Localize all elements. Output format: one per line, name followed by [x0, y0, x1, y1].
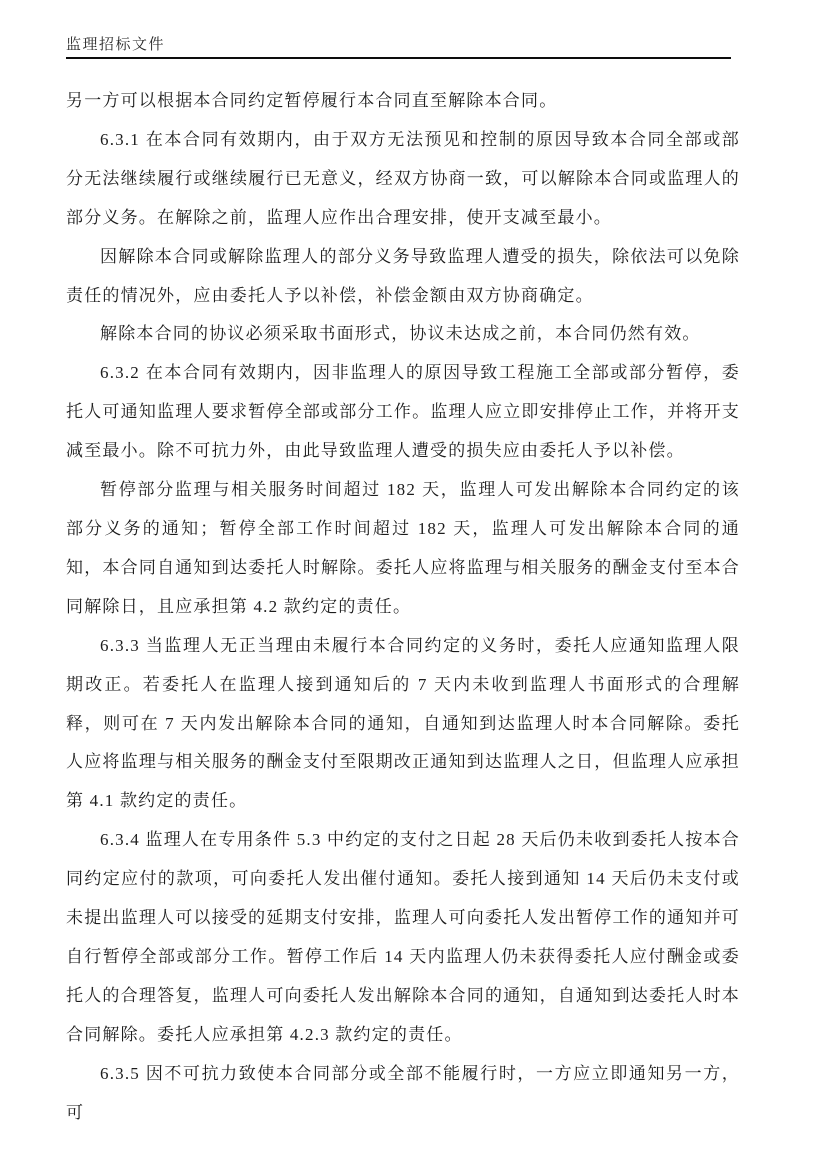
- paragraph-clause-6-3-1-compensation: 因解除本合同或解除监理人的部分义务导致监理人遭受的损失，除依法可以免除责任的情况…: [66, 238, 740, 316]
- paragraph-clause-6-3-2-182-days: 暂停部分监理与相关服务时间超过 182 天，监理人可发出解除本合同约定的该部分义…: [66, 471, 740, 627]
- paragraph-clause-6-3-1-written-form: 解除本合同的协议必须采取书面形式，协议未达成之前，本合同仍然有效。: [66, 315, 740, 354]
- paragraph-clause-6-3-2: 6.3.2 在本合同有效期内，因非监理人的原因导致工程施工全部或部分暂停，委托人…: [66, 354, 740, 471]
- paragraph-clause-6-3-4: 6.3.4 监理人在专用条件 5.3 中约定的支付之日起 28 天后仍未收到委托…: [66, 821, 740, 1054]
- paragraph-continuation: 另一方可以根据本合同约定暂停履行本合同直至解除本合同。: [66, 82, 740, 121]
- header-rule: [66, 57, 731, 59]
- paragraph-clause-6-3-5: 6.3.5 因不可抗力致使本合同部分或全部不能履行时，一方应立即通知另一方，可: [66, 1055, 740, 1133]
- page-header: 监理招标文件: [66, 36, 731, 54]
- document-body: 另一方可以根据本合同约定暂停履行本合同直至解除本合同。 6.3.1 在本合同有效…: [66, 82, 740, 1132]
- paragraph-clause-6-3-3: 6.3.3 当监理人无正当理由未履行本合同约定的义务时，委托人应通知监理人限期改…: [66, 627, 740, 822]
- header-title: 监理招标文件: [66, 36, 731, 54]
- document-page: 监理招标文件 另一方可以根据本合同约定暂停履行本合同直至解除本合同。 6.3.1…: [0, 0, 827, 1169]
- paragraph-clause-6-3-1: 6.3.1 在本合同有效期内，由于双方无法预见和控制的原因导致本合同全部或部分无…: [66, 121, 740, 238]
